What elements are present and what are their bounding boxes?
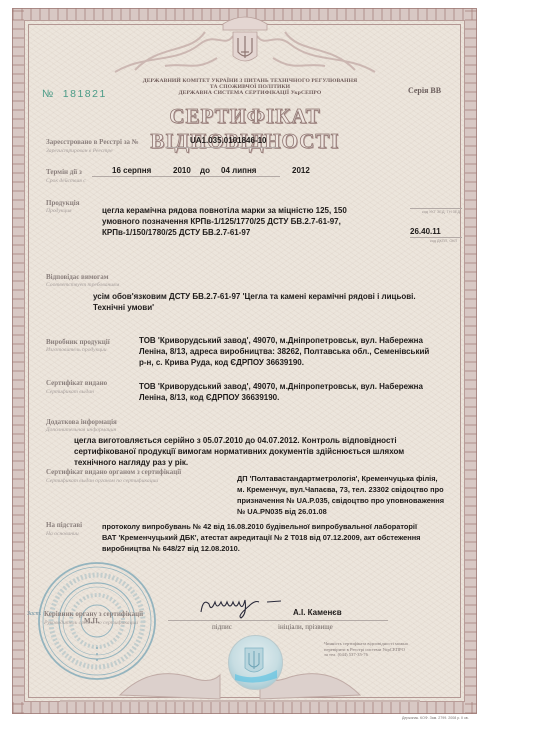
product-line-2: умовного позначення КРПв-1/125/1770/25 Д… <box>102 217 341 227</box>
uktzed-underline <box>410 208 462 209</box>
uktzed-code-label: код УКТ ЗЕД, ТН ЗЕД <box>422 210 460 214</box>
printer-note: Держзнак. КОФ. Зам. 2799. 2008 р. II кв. <box>402 716 469 720</box>
validity-underline <box>92 176 280 177</box>
series-label: Серія ВВ <box>408 86 441 95</box>
number-sign: № <box>42 88 55 100</box>
issuing-body-line-4: № UA.PN035 від 26.01.08 <box>237 507 327 517</box>
additional-info-line-1: цегла виготовляється серійно з 05.07.201… <box>74 436 397 446</box>
name-caption: ініціали, прізвище <box>278 623 333 631</box>
additional-info-label: Додаткова інформація <box>46 418 117 426</box>
additional-info-line-3: технічного нагляду раз у рік. <box>74 458 188 468</box>
requirements-label: Відповідає вимогам <box>46 273 109 281</box>
issuing-body-line-2: м. Кременчук, вул.Чапаєва, 73, тел. 2330… <box>237 485 444 495</box>
signature-caption: підпис <box>212 623 232 631</box>
issuer-org-line-3: ДЕРЖАВНА СИСТЕМА СЕРТИФІКАЦІЇ УкрСЕПРО <box>120 90 380 96</box>
product-label: Продукція <box>46 199 79 207</box>
validity-label: Термін дії з <box>46 168 82 176</box>
valid-to-date: 04 липня <box>221 166 256 176</box>
hologram-icon <box>227 634 284 691</box>
requirements-line-1: усім обов'язковим ДСТУ БВ.2.7-61-97 'Цег… <box>93 292 416 302</box>
verification-note: Чинність сертифіката відповідності можна… <box>324 641 464 658</box>
registry-label-ru: Зарегистрирован в Реестре <box>46 148 113 154</box>
basis-line-3: виробництва № 648/27 від 12.08.2010. <box>102 544 240 554</box>
verification-note-line-3: за тел. (044) 537-35-76 <box>324 652 464 658</box>
product-line-3: КРПв-1/150/1780/25 ДСТУ БВ.2.7-61-97 <box>102 228 250 238</box>
product-line-1: цегла керамічна рядова повнотіла марки з… <box>102 206 347 216</box>
issuing-body-label-ru: Сертификат выдан органом по сертификации <box>46 478 158 484</box>
issued-to-label-ru: Сертификат выдан <box>46 389 94 395</box>
manufacturer-line-1: ТОВ 'Криворудський завод', 49070, м.Дніп… <box>139 336 423 346</box>
issued-to-line-2: Леніна, 8/13, код ЄДРПОУ 36639190. <box>139 393 279 403</box>
additional-info-label-ru: Дополнительная информация <box>46 427 116 433</box>
dkpp-code-label: код ДКПП, ОКП <box>430 239 457 243</box>
issued-to-line-1: ТОВ 'Криворудський завод', 49070, м.Дніп… <box>139 382 423 392</box>
basis-label-ru: На основании <box>46 531 79 537</box>
manufacturer-label-ru: Изготовитель продукции <box>46 347 107 353</box>
basis-line-2: ВАТ 'Кременчуцький ДБК', атестат акредит… <box>102 533 421 543</box>
valid-to-word: до <box>200 166 210 176</box>
issued-to-label: Сертифікат видано <box>46 379 107 387</box>
number-value: 181821 <box>63 88 107 100</box>
registry-number: UA1.035.0101846-10 <box>190 136 267 146</box>
deputy-handwritten-prefix: Заст. <box>27 611 42 617</box>
requirements-label-ru: Соответствует требованиям <box>46 282 119 288</box>
manufacturer-line-2: Леніна, 8/13, адреса виробництва: 38262,… <box>139 347 429 357</box>
valid-from-date: 16 серпня <box>112 166 151 176</box>
additional-info-line-2: сертифікованої продукції вимогам нормати… <box>74 447 404 457</box>
signature-underline <box>168 620 388 621</box>
certificate-number: №181821 <box>42 88 107 100</box>
valid-from-year: 2010 <box>173 166 191 176</box>
product-label-ru: Продукция <box>46 208 72 214</box>
signatory-name: А.І. Каменєв <box>293 608 342 618</box>
handwritten-signature-icon <box>197 590 287 620</box>
manufacturer-label: Виробник продукції <box>46 338 110 346</box>
issuing-body-line-1: ДП 'Полтавастандартметрологія', Кременчу… <box>237 474 438 484</box>
issuing-body-label: Сертифікат видано органом з сертифікації <box>46 468 181 476</box>
basis-label: На підставі <box>46 521 82 529</box>
dkpp-underline <box>410 237 462 238</box>
validity-label-ru: Срок действия с <box>46 178 86 184</box>
seal-place-label: М.П. <box>84 617 100 625</box>
valid-to-year: 2012 <box>292 166 310 176</box>
basis-line-1: протоколу випробувань № 42 від 16.08.201… <box>102 522 417 532</box>
registry-label: Зареєстровано в Реєстрі за № <box>46 138 139 146</box>
registry-underline <box>166 147 278 148</box>
requirements-line-2: Технічні умови' <box>93 303 154 313</box>
top-ornament-icon <box>105 14 385 76</box>
manufacturer-line-3: р-н, с. Крива Руда, код ЄДРПОУ 36639190. <box>139 358 304 368</box>
dkpp-code: 26.40.11 <box>410 227 441 237</box>
issuing-body-line-3: призначення № UA.P.035, свідоцтво про уп… <box>237 496 444 506</box>
